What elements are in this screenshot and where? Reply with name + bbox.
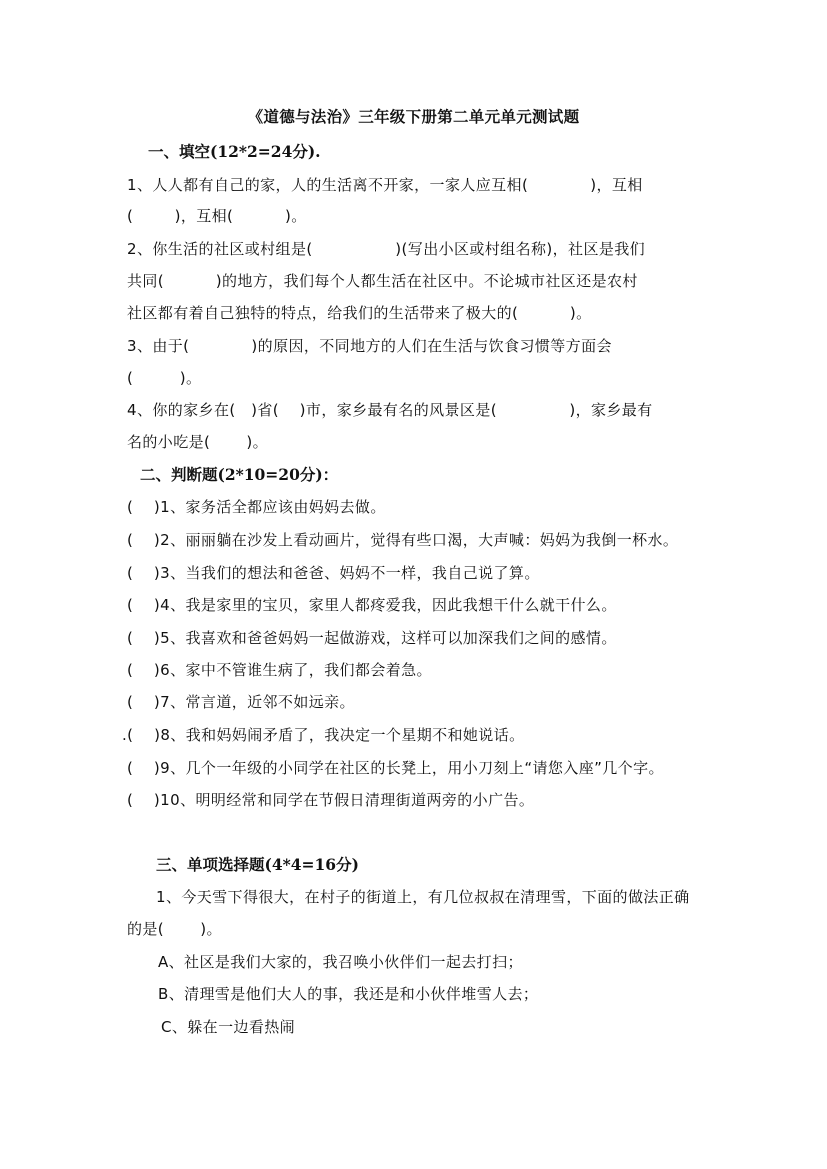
fill-line: 名的小吃是( )。 xyxy=(127,431,268,452)
judge-item: ( )1、家务活全都应该由妈妈去做。 xyxy=(127,496,386,517)
section-1-heading: 一、填空(12*2=24分). xyxy=(148,140,321,162)
judge-item: ( )2、丽丽躺在沙发上看动画片，觉得有些口渴，大声喊：妈妈为我倒一杯水。 xyxy=(127,529,678,550)
option-c: C、躲在一边看热闹 xyxy=(161,1016,295,1037)
judge-item: ( )9、几个一年级的小同学在社区的长凳上，用小刀刻上“请您入座”几个字。 xyxy=(127,757,664,778)
judge-item: ( )4、我是家里的宝贝，家里人都疼爱我，因此我想干什么就干什么。 xyxy=(127,594,617,615)
judge-item: ( )10、明明经常和同学在节假日清理街道两旁的小广告。 xyxy=(127,789,534,810)
judge-item: ( )7、常言道，近邻不如远亲。 xyxy=(127,691,355,712)
document-title: 《道德与法治》三年级下册第二单元单元测试题 xyxy=(0,105,827,127)
fill-line: 2、你生活的社区或村组是( )(写出小区或村组名称)，社区是我们 xyxy=(127,238,645,259)
exam-page: 《道德与法治》三年级下册第二单元单元测试题 一、填空(12*2=24分). 1、… xyxy=(0,0,827,1169)
fill-line: 社区都有着自己独特的特点，给我们的生活带来了极大的( )。 xyxy=(127,302,592,323)
judge-item: ( )5、我喜欢和爸爸妈妈一起做游戏，这样可以加深我们之间的感情。 xyxy=(127,627,617,648)
judge-item: ( )6、家中不管谁生病了，我们都会着急。 xyxy=(127,659,432,680)
fill-line: ( )，互相( )。 xyxy=(127,205,307,226)
fill-line: 3、由于( )的原因，不同地方的人们在生活与饮食习惯等方面会 xyxy=(127,335,612,356)
fill-line: 共同( )的地方，我们每个人都生活在社区中。不论城市社区还是农村 xyxy=(127,270,638,291)
fill-line: 1、人人都有自己的家，人的生活离不开家，一家人应互相( )，互相 xyxy=(127,174,643,195)
question-line: 1、今天雪下得很大，在村子的街道上，有几位叔叔在清理雪，下面的做法正确 xyxy=(156,886,690,907)
fill-line: 4、你的家乡在( )省( )市，家乡最有名的风景区是( )，家乡最有 xyxy=(127,399,653,420)
section-2-heading: 二、判断题(2*10=20分)： xyxy=(140,463,338,485)
judge-item: .( )8、我和妈妈闹矛盾了，我决定一个星期不和她说话。 xyxy=(122,724,525,745)
fill-line: ( )。 xyxy=(127,367,201,388)
option-a: A、社区是我们大家的，我召唤小伙伴们一起去打扫； xyxy=(158,951,523,972)
judge-item: ( )3、当我们的想法和爸爸、妈妈不一样，我自己说了算。 xyxy=(127,562,540,583)
option-b: B、清理雪是他们大人的事，我还是和小伙伴堆雪人去； xyxy=(158,983,538,1004)
section-3-heading: 三、单项选择题(4*4=16分) xyxy=(156,853,359,875)
question-line: 的是( )。 xyxy=(127,918,222,939)
